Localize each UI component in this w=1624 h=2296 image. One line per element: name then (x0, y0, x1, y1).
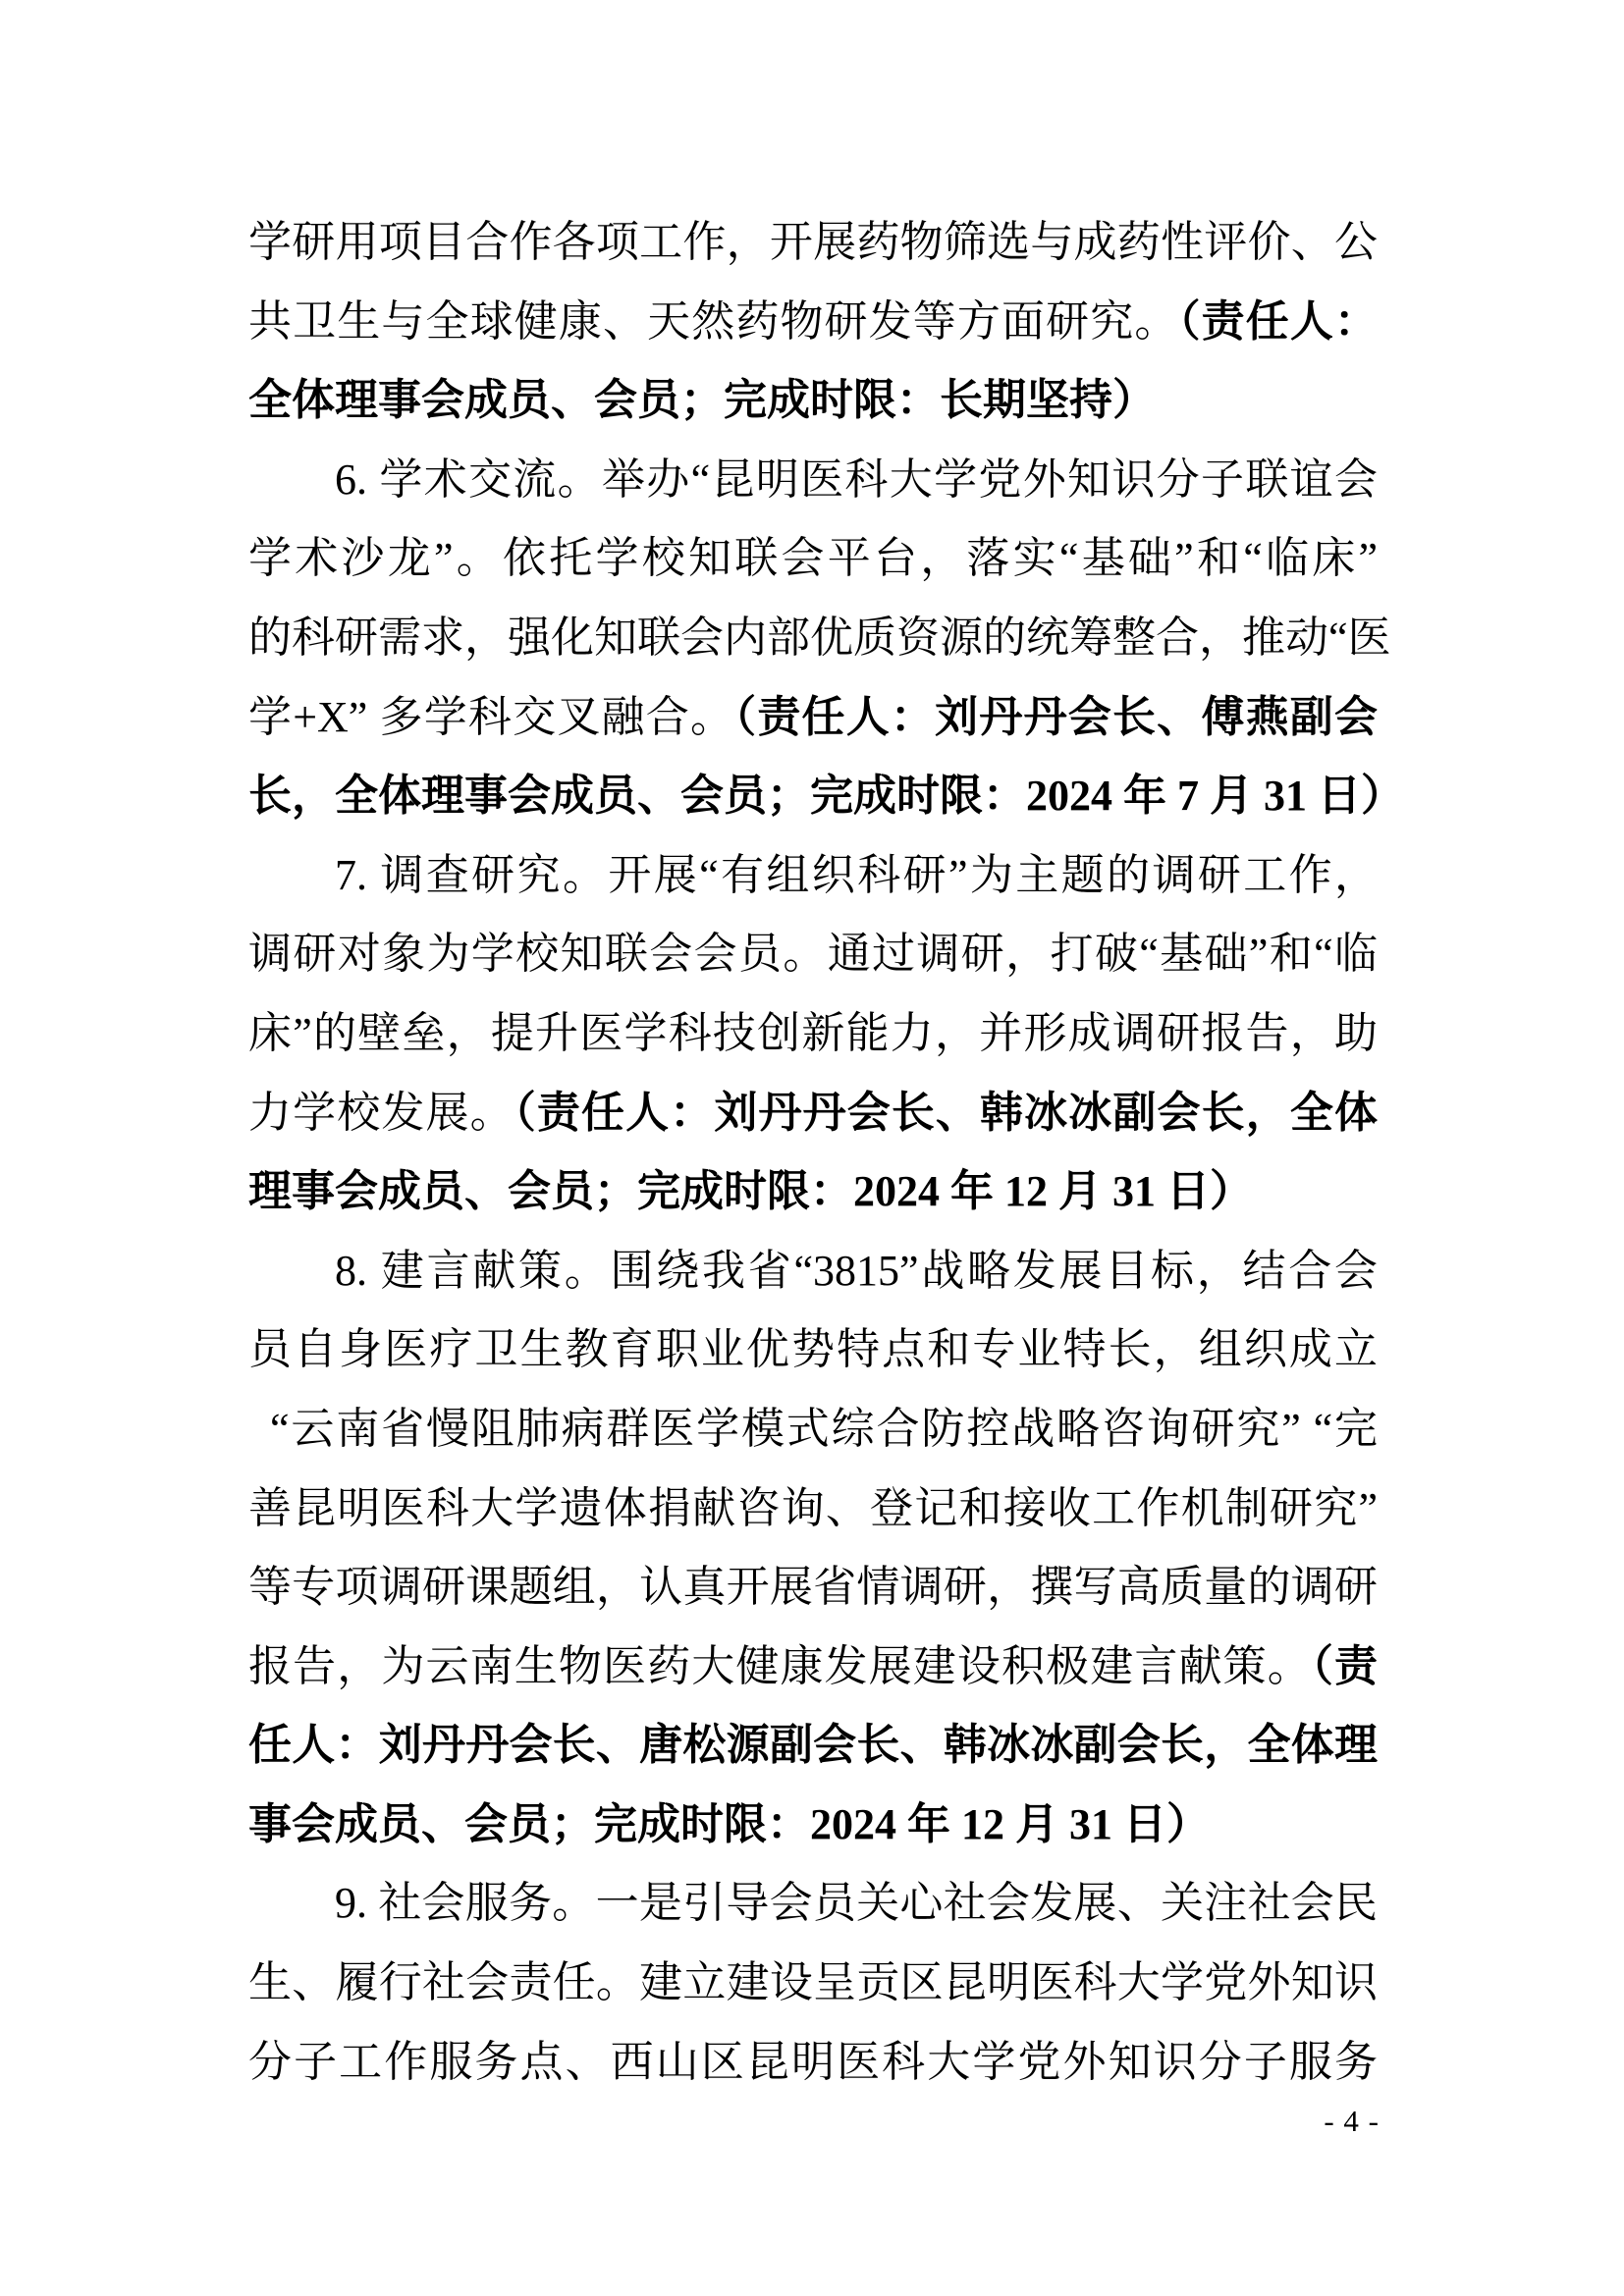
text-run: 床”的壁垒，提升医学科技创新能力，并形成调研报告，助 (248, 1009, 1378, 1057)
bold-text-run: （责任人： (1179, 297, 1378, 346)
text-run: 报告，为云南生物医药大健康发展建设积极建言献策。 (248, 1642, 1312, 1690)
text-run: 学研用项目合作各项工作，开展药物筛选与成药性评价、公 (248, 218, 1378, 266)
text-line: 全体理事会成员、会员；完成时限：长期坚持） (248, 361, 1378, 441)
text-line: 8. 建言献策。围绕我省“3815”战略发展目标，结合会 (248, 1232, 1378, 1311)
document-page: 学研用项目合作各项工作，开展药物筛选与成药性评价、公共卫生与全球健康、天然药物研… (0, 0, 1624, 2296)
page-number: - 4 - (1324, 2104, 1380, 2139)
bold-text-run: 全体理事会成员、会员；完成时限：长期坚持） (248, 376, 1156, 424)
text-run: 力学校发展。 (248, 1089, 514, 1137)
bold-text-run: 事会成员、会员；完成时限：2024 年 12 月 31 日） (248, 1800, 1210, 1848)
text-run: 学+X” 多学科交叉融合。 (248, 693, 734, 741)
text-run: 等专项调研课题组，认真开展省情调研，撰写高质量的调研 (248, 1563, 1378, 1611)
bold-text-run: （责任人：刘丹丹会长、傅燕副会 (734, 693, 1378, 741)
text-line: 理事会成员、会员；完成时限：2024 年 12 月 31 日） (248, 1152, 1378, 1232)
text-line: 的科研需求，强化知联会内部优质资源的统筹整合，推动“医 (248, 599, 1378, 678)
text-run: 生、履行社会责任。建立建设呈贡区昆明医科大学党外知识 (248, 1958, 1378, 2006)
bold-text-run: 长，全体理事会成员、会员；完成时限：2024 年 7 月 31 日） (248, 772, 1404, 820)
text-line: 分子工作服务点、西山区昆明医科大学党外知识分子服务 (248, 2023, 1378, 2103)
text-line: 任人：刘丹丹会长、唐松源副会长、韩冰冰副会长，全体理 (248, 1706, 1378, 1786)
text-run: 7. 调查研究。开展“有组织科研”为主题的调研工作， (335, 851, 1378, 899)
text-run: 调研对象为学校知联会会员。通过调研，打破“基础”和“临 (248, 930, 1378, 978)
text-line: 员自身医疗卫生教育职业优势特点和专业特长，组织成立 (248, 1310, 1378, 1390)
text-run: 的科研需求，强化知联会内部优质资源的统筹整合，推动“医 (248, 614, 1391, 662)
text-line: 调研对象为学校知联会会员。通过调研，打破“基础”和“临 (248, 915, 1378, 994)
text-run: 分子工作服务点、西山区昆明医科大学党外知识分子服务 (248, 2038, 1378, 2086)
text-line: 报告，为云南生物医药大健康发展建设积极建言献策。（责 (248, 1628, 1378, 1707)
document-body: 学研用项目合作各项工作，开展药物筛选与成药性评价、公共卫生与全球健康、天然药物研… (248, 203, 1378, 2102)
text-line: 善昆明医科大学遗体捐献咨询、登记和接收工作机制研究” (248, 1469, 1378, 1549)
text-line: “云南省慢阻肺病群医学模式综合防控战略咨询研究” “完 (248, 1390, 1378, 1469)
text-line: 7. 调查研究。开展“有组织科研”为主题的调研工作， (248, 836, 1378, 916)
text-line: 学+X” 多学科交叉融合。（责任人：刘丹丹会长、傅燕副会 (248, 678, 1378, 758)
text-line: 力学校发展。（责任人：刘丹丹会长、韩冰冰副会长，全体 (248, 1074, 1378, 1153)
text-run: 9. 社会服务。一是引导会员关心社会发展、关注社会民 (335, 1879, 1378, 1927)
bold-text-run: （责 (1312, 1642, 1378, 1690)
text-line: 等专项调研课题组，认真开展省情调研，撰写高质量的调研 (248, 1548, 1378, 1628)
text-line: 6. 学术交流。举办“昆明医科大学党外知识分子联谊会 (248, 441, 1378, 520)
text-line: 事会成员、会员；完成时限：2024 年 12 月 31 日） (248, 1786, 1378, 1865)
text-run: 6. 学术交流。举办“昆明医科大学党外知识分子联谊会 (335, 455, 1378, 504)
text-run: 8. 建言献策。围绕我省“3815”战略发展目标，结合会 (335, 1247, 1378, 1295)
text-line: 9. 社会服务。一是引导会员关心社会发展、关注社会民 (248, 1864, 1378, 1944)
text-run: 学术沙龙”。依托学校知联会平台，落实“基础”和“临床” (248, 534, 1378, 582)
text-line: 学术沙龙”。依托学校知联会平台，落实“基础”和“临床” (248, 519, 1378, 599)
text-run: “云南省慢阻肺病群医学模式综合防控战略咨询研究” “完 (270, 1405, 1378, 1453)
text-line: 生、履行社会责任。建立建设呈贡区昆明医科大学党外知识 (248, 1944, 1378, 2023)
text-run: 共卫生与全球健康、天然药物研发等方面研究。 (248, 297, 1179, 346)
bold-text-run: 理事会成员、会员；完成时限：2024 年 12 月 31 日） (248, 1167, 1253, 1215)
text-run: 员自身医疗卫生教育职业优势特点和专业特长，组织成立 (248, 1325, 1378, 1373)
text-line: 学研用项目合作各项工作，开展药物筛选与成药性评价、公 (248, 203, 1378, 283)
bold-text-run: 任人：刘丹丹会长、唐松源副会长、韩冰冰副会长，全体理 (248, 1721, 1378, 1769)
text-run: 善昆明医科大学遗体捐献咨询、登记和接收工作机制研究” (248, 1484, 1378, 1532)
text-line: 长，全体理事会成员、会员；完成时限：2024 年 7 月 31 日） (248, 757, 1378, 836)
text-line: 共卫生与全球健康、天然药物研发等方面研究。（责任人： (248, 283, 1378, 362)
bold-text-run: （责任人：刘丹丹会长、韩冰冰副会长，全体 (514, 1089, 1378, 1137)
text-line: 床”的壁垒，提升医学科技创新能力，并形成调研报告，助 (248, 994, 1378, 1074)
